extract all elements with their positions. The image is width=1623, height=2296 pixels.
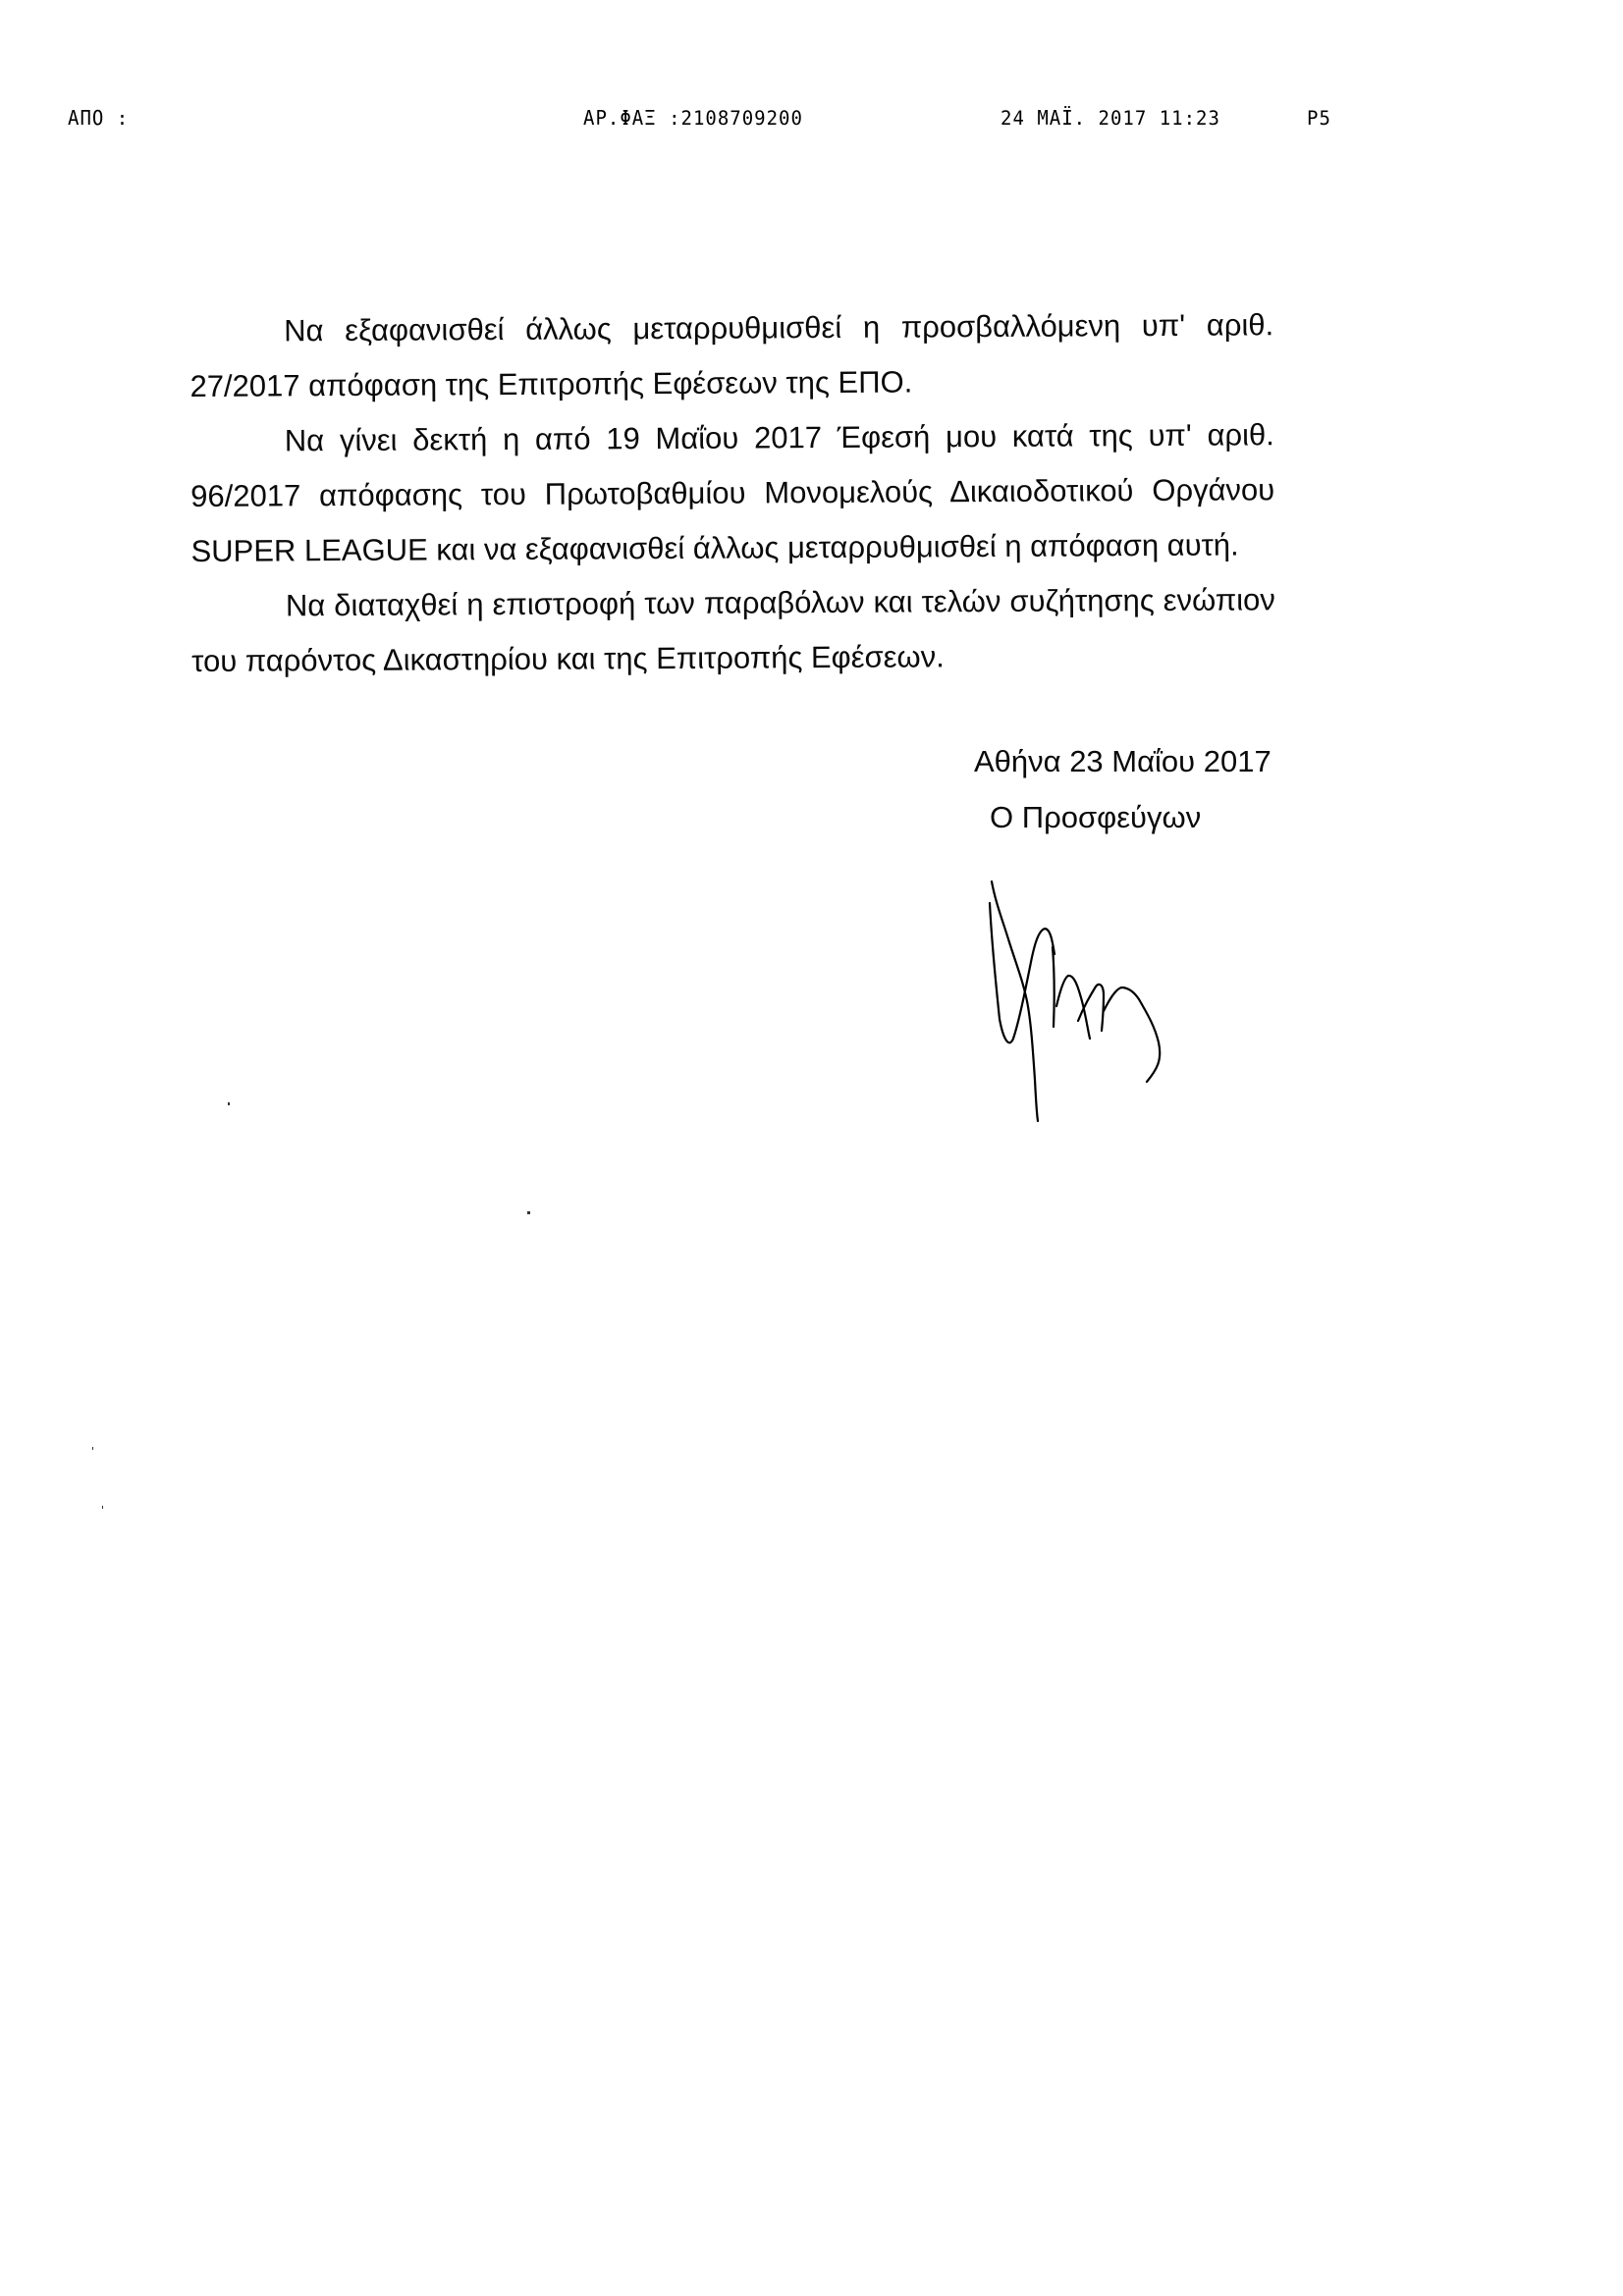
signatory-title: Ο Προσφεύγων <box>990 800 1201 835</box>
fax-page-number: P5 <box>1307 108 1331 129</box>
scan-artifact <box>527 1211 530 1214</box>
fax-number: ΑΡ.ΦΑΞ :2108709200 <box>583 108 803 129</box>
signature-icon <box>982 874 1168 1129</box>
scan-artifact <box>228 1102 230 1105</box>
paragraph-refund-fees: Να διαταχθεί η επιστροφή των παραβόλων κ… <box>191 572 1276 689</box>
fax-datetime: 24 ΜΑΪ. 2017 11:23 <box>1001 108 1220 129</box>
scan-artifact <box>92 1447 93 1450</box>
document-body: Να εξαφανισθεί άλλως μεταρρυθμισθεί η πρ… <box>189 297 1275 689</box>
place-and-date: Αθήνα 23 Μαΐου 2017 <box>974 744 1271 779</box>
fax-sender-label: ΑΠΟ : <box>68 108 129 129</box>
scan-artifact <box>102 1506 103 1509</box>
paragraph-accept-appeal: Να γίνει δεκτή η από 19 Μαΐου 2017 Έφεσή… <box>190 407 1275 579</box>
paragraph-annul-decision: Να εξαφανισθεί άλλως μεταρρυθμισθεί η πρ… <box>189 297 1274 414</box>
